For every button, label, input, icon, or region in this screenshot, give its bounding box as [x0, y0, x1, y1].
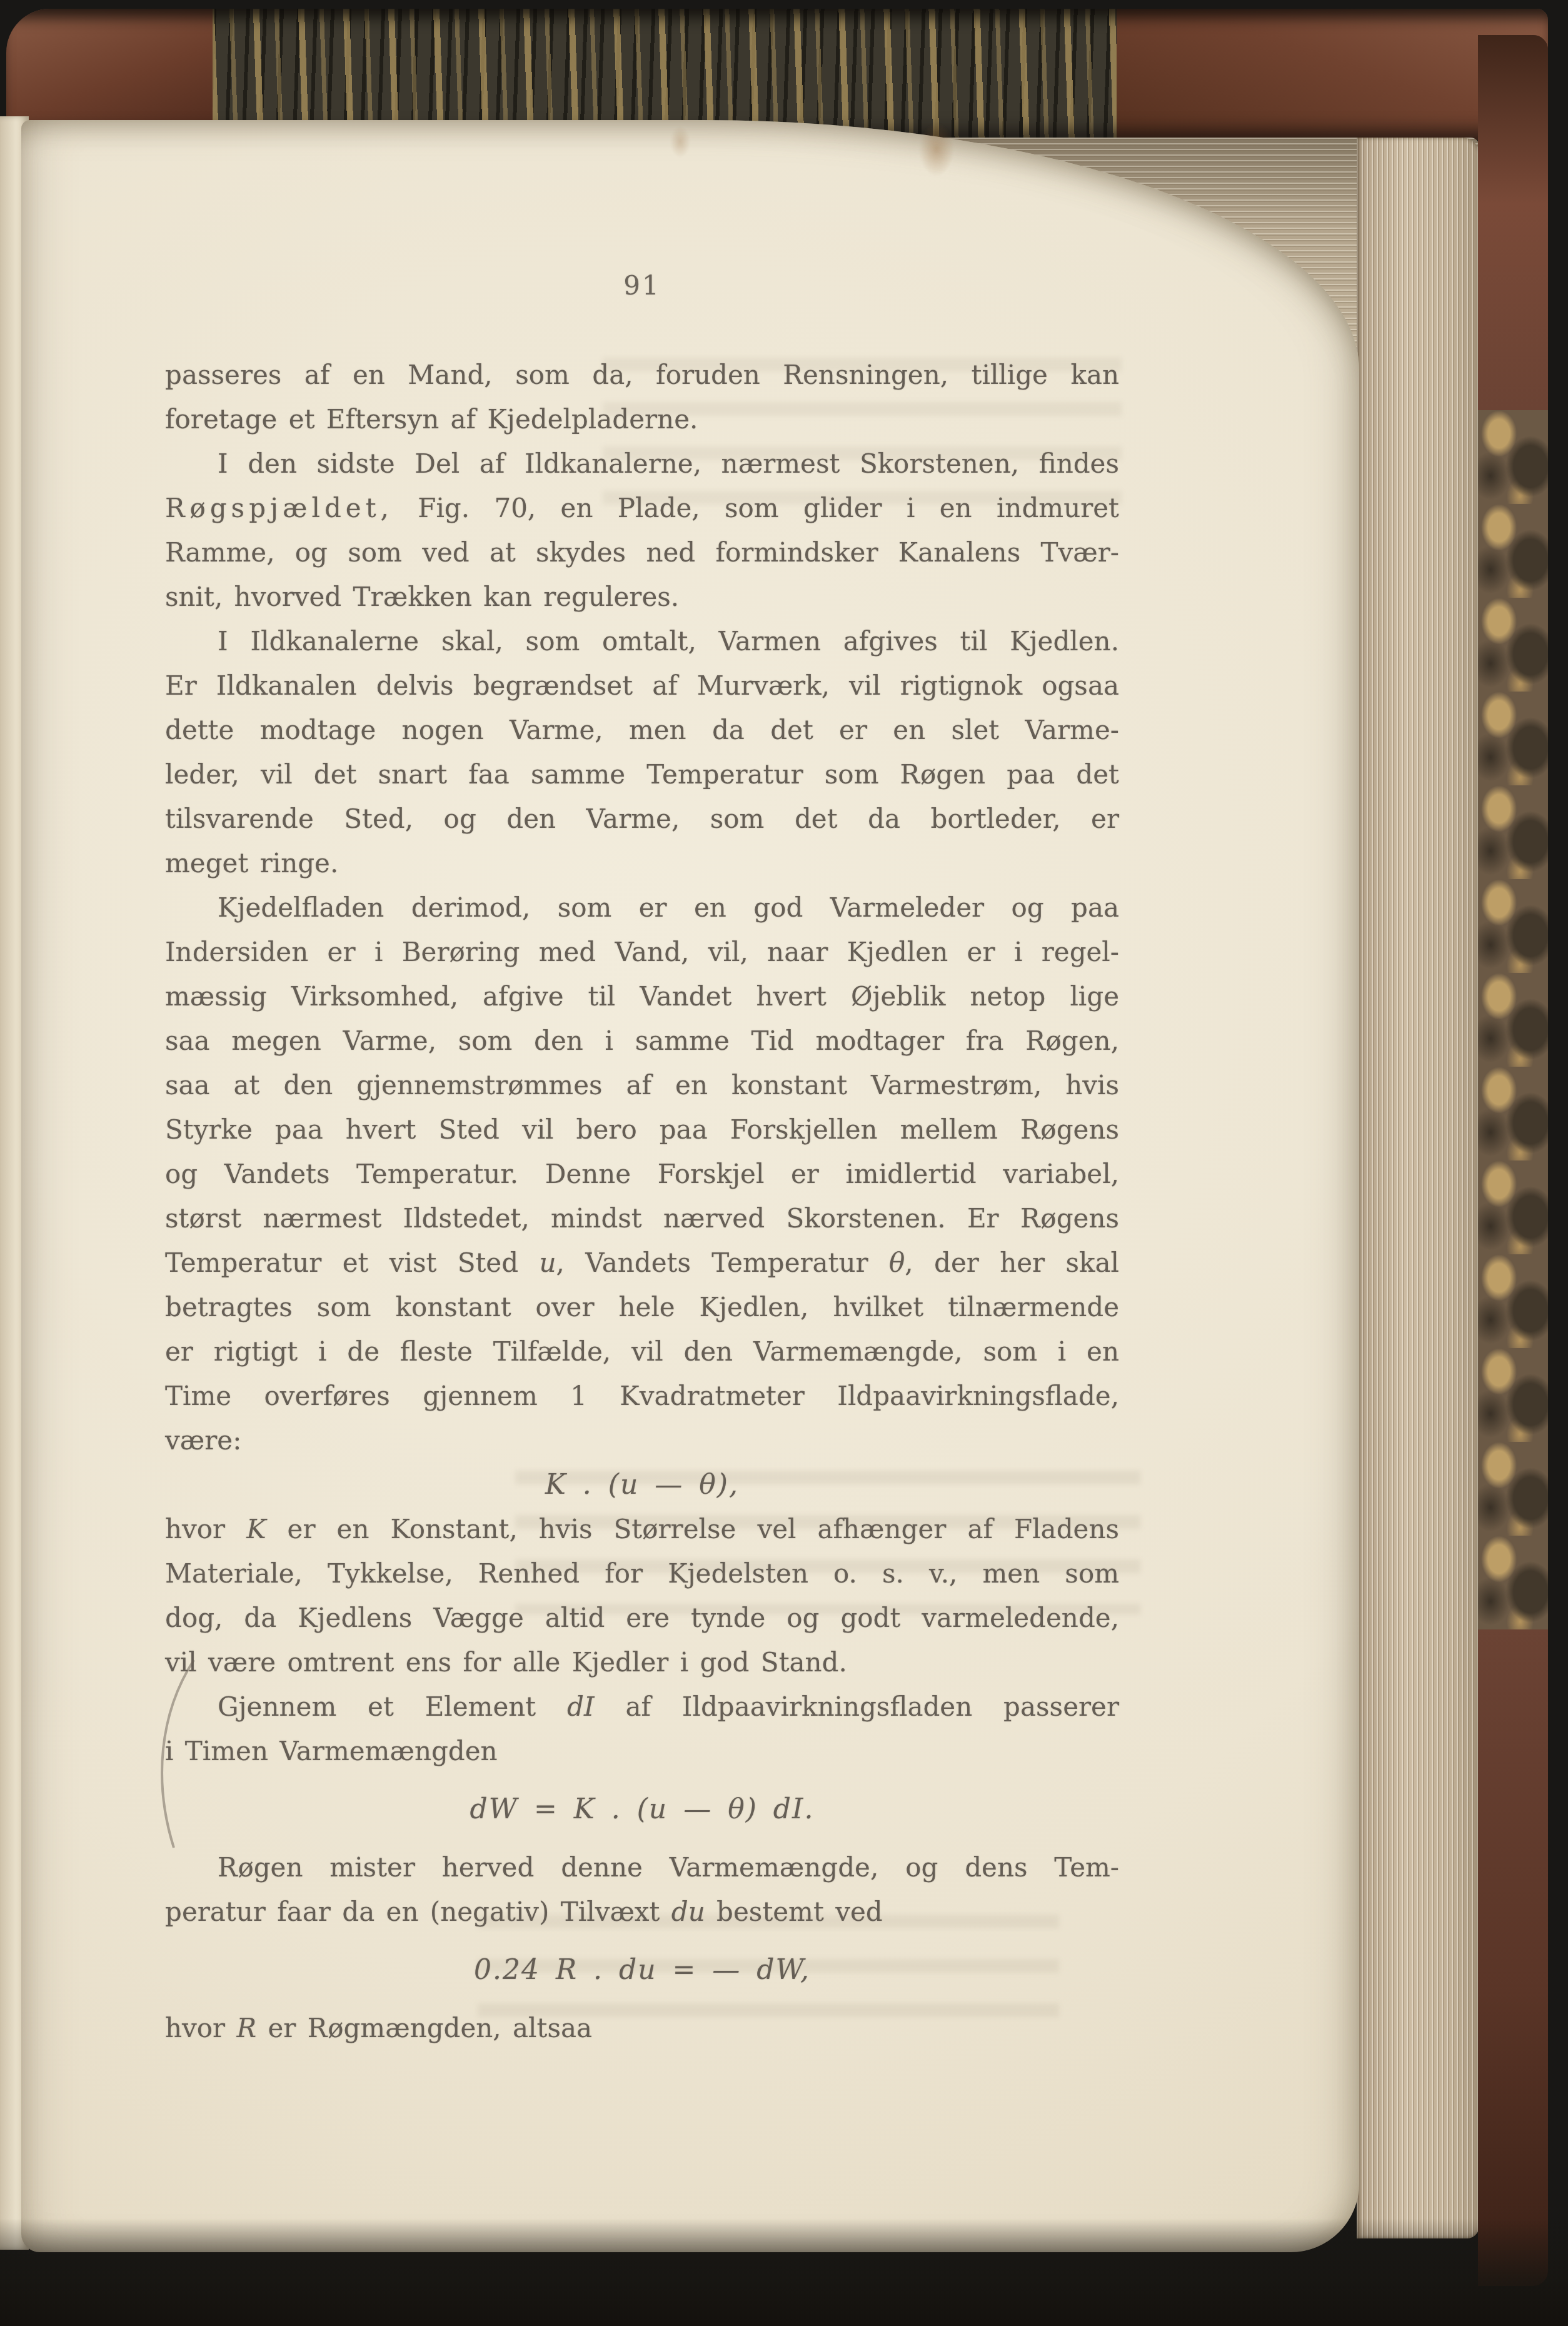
text-segment: dI	[567, 1691, 594, 1722]
text-segment: = —	[657, 1954, 757, 1986]
text-segment: =	[518, 1793, 574, 1825]
text-segment: dW	[756, 1954, 800, 1986]
text-line: hvor K er en Konstant, hvis Størrelse ve…	[165, 1507, 1119, 1551]
text-segment: Røgspjældet,	[165, 493, 393, 523]
text-segment: , der her skal	[905, 1247, 1119, 1278]
text-segment: . (	[567, 1469, 620, 1501]
text-segment: er Røgmængden, altsaa	[256, 2013, 592, 2043]
text-line: I den sidste Del af Ildkanalerne, nærmes…	[165, 441, 1119, 486]
text-segment: Temperatur et vist Sted	[165, 1247, 539, 1278]
page-number: 91	[165, 273, 1119, 299]
text-segment: . (	[596, 1793, 649, 1825]
text-segment: Materiale, Tykkelse, Renhed for Kjedelst…	[165, 1558, 1119, 1589]
text-segment: meget ringe.	[165, 848, 338, 879]
text-segment: passeres af en Mand, som da, foruden Ren…	[165, 360, 1119, 390]
text-segment: .	[804, 1793, 814, 1825]
book-scan: 91 passeres af en Mand, som da, foruden …	[0, 0, 1568, 2326]
text-segment: dog, da Kjedlens Vægge altid ere tynde o…	[165, 1603, 1119, 1633]
formula-line: dW = K . (u — θ) dI.	[165, 1787, 1119, 1831]
text-segment: mæssig Virksomhed, afgive til Vandet hve…	[165, 981, 1119, 1012]
text-segment: u	[649, 1793, 668, 1825]
text-segment: dI	[773, 1793, 805, 1825]
text-line: saa megen Varme, som den i samme Tid mod…	[165, 1019, 1119, 1063]
text-segment: er en Konstant, hvis Størrelse vel afhæn…	[266, 1514, 1119, 1544]
formula-line: K . (u — θ),	[165, 1463, 1119, 1507]
text-segment: R	[556, 1954, 578, 1986]
text-segment: R	[237, 2013, 257, 2043]
text-segment: Ramme, og som ved at skydes ned forminds…	[165, 537, 1119, 568]
text-segment: dette modtage nogen Varme, men da det er…	[165, 715, 1119, 745]
text-segment: ,	[800, 1954, 810, 1986]
pencil-mark	[150, 1657, 200, 1851]
text-segment: Indersiden er i Berøring med Vand, vil, …	[165, 937, 1119, 967]
text-segment: —	[668, 1793, 728, 1825]
text-segment: u	[620, 1469, 639, 1501]
text-segment: Er Ildkanalen delvis begrændset af Murvæ…	[165, 670, 1119, 701]
text-segment: K	[246, 1514, 266, 1544]
text-segment: Styrke paa hvert Sted vil bero paa Forsk…	[165, 1114, 1119, 1145]
text-segment: er rigtigt i de fleste Tilfælde, vil den…	[165, 1336, 1119, 1367]
text-line: tilsvarende Sted, og den Varme, som det …	[165, 797, 1119, 841]
text-line: I Ildkanalerne skal, som omtalt, Varmen …	[165, 619, 1119, 663]
text-line: Gjennem et Element dI af Ildpaavirknings…	[165, 1684, 1119, 1729]
text-segment: snit, hvorved Trækken kan reguleres.	[165, 581, 679, 612]
text-segment: θ	[728, 1793, 746, 1825]
text-segment: θ	[889, 1247, 905, 1278]
text-block: passeres af en Mand, som da, foruden Ren…	[165, 353, 1119, 2050]
text-line: Indersiden er i Berøring med Vand, vil, …	[165, 930, 1119, 974]
text-segment: foretage et Eftersyn af Kjedelpladerne.	[165, 404, 698, 435]
text-line: saa at den gjennemstrømmes af en konstan…	[165, 1063, 1119, 1107]
text-line: betragtes som konstant over hele Kjedlen…	[165, 1285, 1119, 1329]
text-line: i Timen Varmemængden	[165, 1729, 1119, 1773]
text-line: Temperatur et vist Sted u, Vandets Tempe…	[165, 1241, 1119, 1285]
marbled-strip	[1478, 410, 1548, 1629]
text-line: leder, vil det snart faa samme Temperatu…	[165, 752, 1119, 797]
text-segment: i Timen Varmemængden	[165, 1736, 498, 1766]
book-cover-right	[1478, 35, 1548, 2286]
text-segment: leder, vil det snart faa samme Temperatu…	[165, 759, 1119, 790]
text-segment: Time overføres gjennem 1 Kvadratmeter Il…	[165, 1381, 1119, 1411]
text-segment: og Vandets Temperatur. Denne Forskjel er…	[165, 1159, 1119, 1189]
text-segment: saa megen Varme, som den i samme Tid mod…	[165, 1025, 1119, 1056]
text-line: være:	[165, 1418, 1119, 1463]
text-segment: være:	[165, 1425, 241, 1456]
text-segment: du	[671, 1896, 705, 1927]
text-line: Styrke paa hvert Sted vil bero paa Forsk…	[165, 1107, 1119, 1152]
text-segment: —	[639, 1469, 699, 1501]
text-segment: betragtes som konstant over hele Kjedlen…	[165, 1292, 1119, 1322]
text-line: dette modtage nogen Varme, men da det er…	[165, 708, 1119, 752]
text-segment: K	[574, 1793, 596, 1825]
text-segment: I den sidste Del af Ildkanalerne, nærmes…	[218, 448, 1119, 479]
text-line: Røgen mister herved denne Varmemængde, o…	[165, 1845, 1119, 1890]
text-segment: af Ildpaavirkningsfladen passerer	[595, 1691, 1119, 1722]
text-segment: Fig. 70, en Plade, som glider i en indmu…	[393, 493, 1119, 523]
leather-strip-bottom	[1478, 1629, 1548, 2286]
text-segment: .	[578, 1954, 619, 1986]
text-segment: I Ildkanalerne skal, som omtalt, Varmen …	[218, 626, 1119, 657]
text-line: hvor R er Røgmængden, altsaa	[165, 2006, 1119, 2050]
text-line: Kjedelfladen derimod, som er en god Varm…	[165, 885, 1119, 930]
text-line: størst nærmest Ildstedet, mindst nærved …	[165, 1196, 1119, 1241]
text-line: vil være omtrent ens for alle Kjedler i …	[165, 1640, 1119, 1684]
text-line: Ramme, og som ved at skydes ned forminds…	[165, 530, 1119, 575]
text-segment: hvor	[165, 1514, 246, 1544]
text-line: meget ringe.	[165, 841, 1119, 885]
text-segment: 0.24	[474, 1954, 556, 1986]
text-line: Materiale, Tykkelse, Renhed for Kjedelst…	[165, 1551, 1119, 1596]
text-line: passeres af en Mand, som da, foruden Ren…	[165, 353, 1119, 397]
text-segment: størst nærmest Ildstedet, mindst nærved …	[165, 1203, 1119, 1234]
text-segment: saa at den gjennemstrømmes af en konstan…	[165, 1070, 1119, 1100]
text-segment: , Vandets Temperatur	[556, 1247, 889, 1278]
formula-line: 0.24 R . du = — dW,	[165, 1948, 1119, 1992]
text-segment: Røgen mister herved denne Varmemængde, o…	[218, 1852, 1119, 1883]
text-line: er rigtigt i de fleste Tilfælde, vil den…	[165, 1329, 1119, 1374]
text-line: Er Ildkanalen delvis begrændset af Murvæ…	[165, 663, 1119, 708]
leather-strip-top	[1478, 35, 1548, 410]
text-segment: Kjedelfladen derimod, som er en god Varm…	[218, 892, 1119, 923]
text-line: foretage et Eftersyn af Kjedelpladerne.	[165, 397, 1119, 441]
text-column: 91 passeres af en Mand, som da, foruden …	[165, 120, 1119, 2252]
text-segment: )	[746, 1793, 773, 1825]
text-segment: du	[619, 1954, 657, 1986]
text-segment: K	[545, 1469, 567, 1501]
text-line: dog, da Kjedlens Vægge altid ere tynde o…	[165, 1596, 1119, 1640]
text-segment: bestemt ved	[705, 1896, 883, 1927]
text-line: mæssig Virksomhed, afgive til Vandet hve…	[165, 974, 1119, 1019]
text-segment: θ	[699, 1469, 717, 1501]
text-segment: vil være omtrent ens for alle Kjedler i …	[165, 1647, 847, 1678]
page-fore-edges	[1357, 138, 1479, 2238]
book-page: 91 passeres af en Mand, som da, foruden …	[21, 120, 1359, 2252]
stain	[670, 126, 690, 158]
text-segment: peratur faar da en (negativ) Tilvæxt	[165, 1896, 671, 1927]
text-line: peratur faar da en (negativ) Tilvæxt du …	[165, 1890, 1119, 1934]
scan-bottom-shadow	[0, 2218, 1568, 2326]
text-line: og Vandets Temperatur. Denne Forskjel er…	[165, 1152, 1119, 1196]
text-segment: u	[539, 1247, 556, 1278]
text-line: Time overføres gjennem 1 Kvadratmeter Il…	[165, 1374, 1119, 1418]
text-line: snit, hvorved Trækken kan reguleres.	[165, 575, 1119, 619]
text-segment: tilsvarende Sted, og den Varme, som det …	[165, 803, 1119, 834]
text-segment: ),	[717, 1469, 739, 1501]
text-segment: Gjennem et Element	[218, 1691, 567, 1722]
text-segment: hvor	[165, 2013, 237, 2043]
text-line: Røgspjældet, Fig. 70, en Plade, som glid…	[165, 486, 1119, 530]
text-segment: dW	[470, 1793, 518, 1825]
